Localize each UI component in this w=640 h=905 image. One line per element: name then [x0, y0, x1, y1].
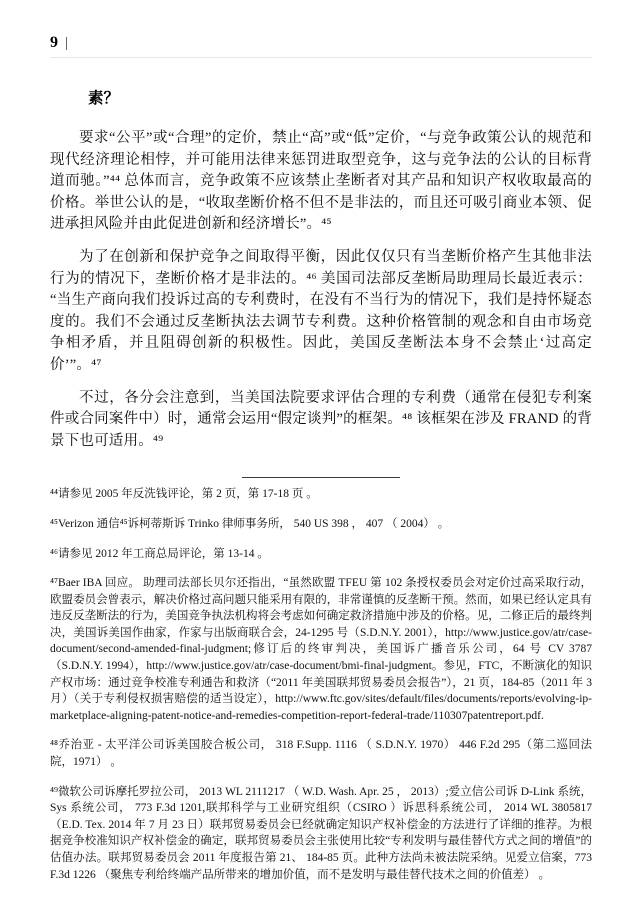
body-paragraph-1: 要求“公平”或“合理”的定价，禁止“高”或“低”定价，“与竞争政策公认的规范和现…	[50, 128, 592, 236]
footnote-44: ⁴⁴请参见 2005 年反洗钱评论，第 2 页，第 17-18 页 。	[50, 486, 592, 503]
footnote-47: ⁴⁷Baer IBA 回应。 助理司法部长贝尔还指出，“虽然欧盟 TFEU 第 …	[50, 575, 592, 724]
body-paragraph-2: 为了在创新和保护竞争之间取得平衡，因此仅仅只有当垄断价格产生其他非法行为的情况下…	[50, 247, 592, 377]
footnote-48: ⁴⁸乔治亚 - 太平洋公司诉美国胶合板公司， 318 F.Supp. 1116 …	[50, 737, 592, 770]
footnote-49: ⁴⁹微软公司诉摩托罗拉公司， 2013 WL 2111217 （ W.D. Wa…	[50, 784, 592, 884]
running-header: 9 |	[50, 34, 592, 58]
page-number: 9	[50, 34, 58, 52]
body-paragraph-3: 不过，各分会注意到，当美国法院要求评估合理的专利费（通常在侵犯专利案件或合同案件…	[50, 388, 592, 453]
section-heading: 素？	[88, 86, 592, 108]
document-page: 9 | 素？ 要求“公平”或“合理”的定价，禁止“高”或“低”定价，“与竞争政策…	[0, 0, 640, 905]
body-text: 要求“公平”或“合理”的定价，禁止“高”或“低”定价，“与竞争政策公认的规范和现…	[50, 128, 592, 452]
footnote-46: ⁴⁶请参见 2012 年工商总局评论，第 13-14 。	[50, 546, 592, 563]
footnote-separator-rule	[242, 477, 400, 478]
page-number-divider: |	[65, 35, 68, 52]
footnotes: ⁴⁴请参见 2005 年反洗钱评论，第 2 页，第 17-18 页 。 ⁴⁵Ve…	[50, 486, 592, 883]
footnote-45: ⁴⁵Verizon 通信⁴⁵诉柯蒂斯诉 Trinko 律师事务所， 540 US…	[50, 516, 592, 533]
